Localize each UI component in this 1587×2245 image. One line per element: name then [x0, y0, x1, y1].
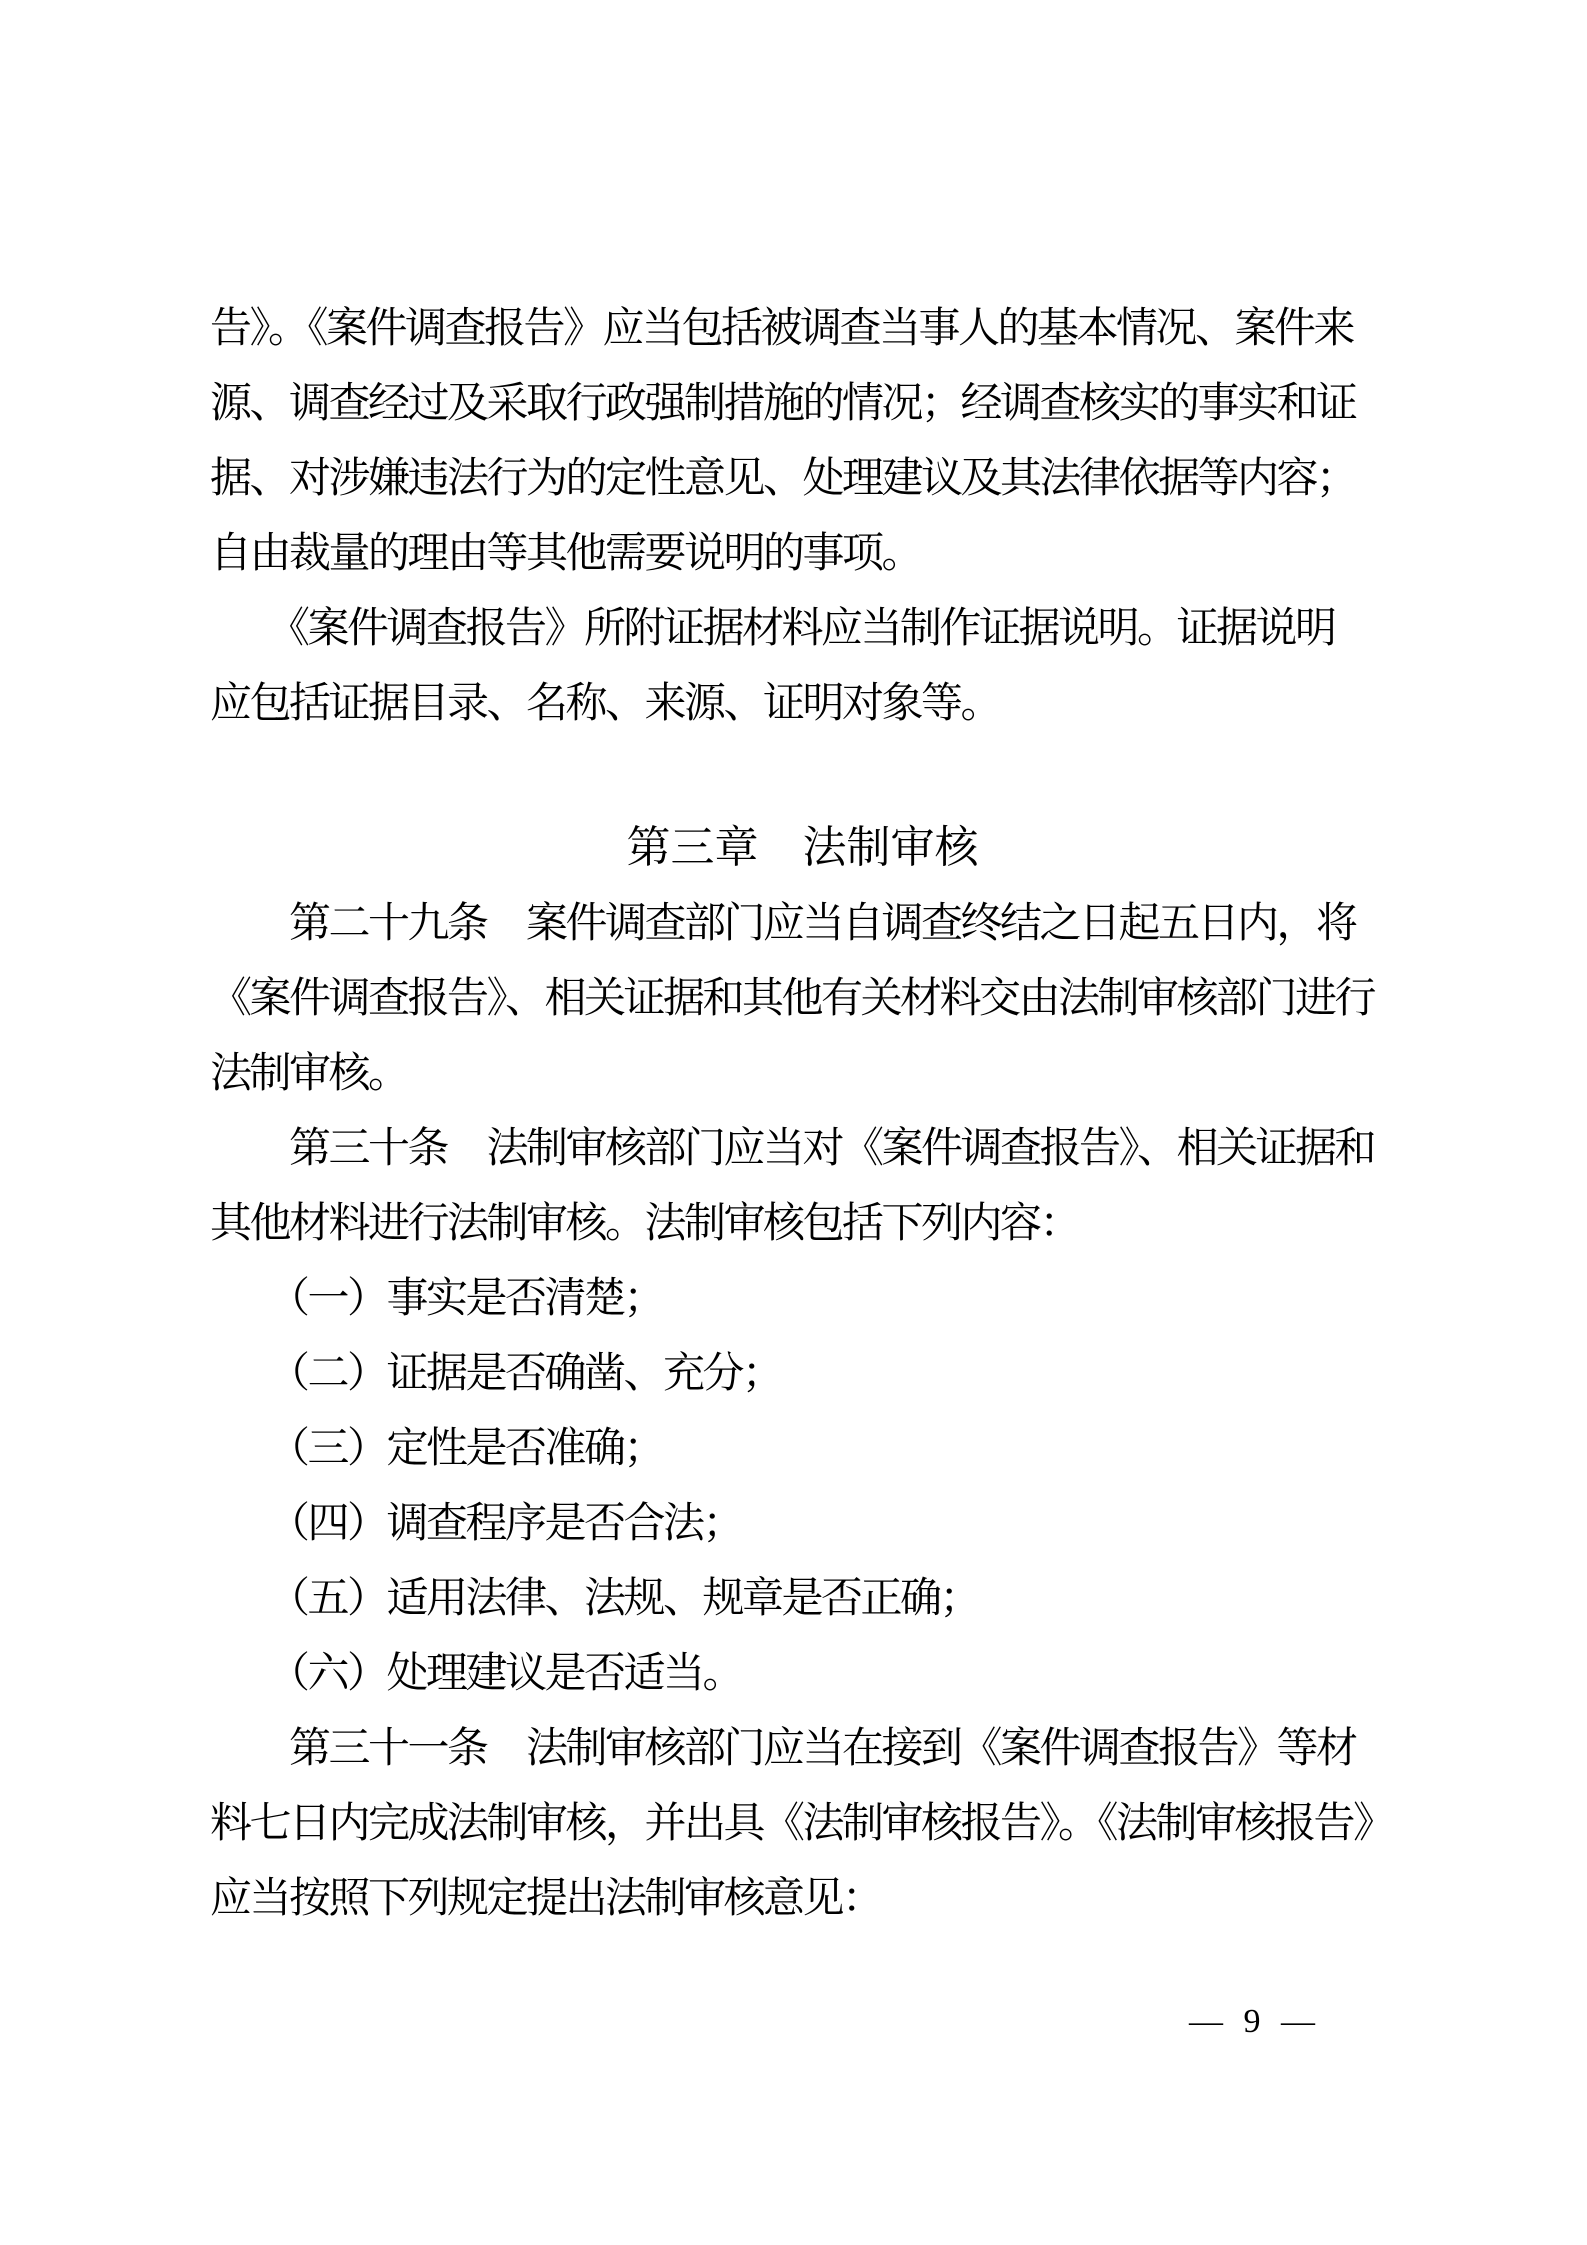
paragraph-line: 据、对涉嫌违法行为的定性意见、处理建议及其法律依据等内容； [210, 440, 1395, 515]
paragraph-line: 《案件调查报告》所附证据材料应当制作证据说明。证据说明 [210, 590, 1395, 665]
paragraph-line: 第三十条 法制审核部门应当对《案件调查报告》、相关证据和 [210, 1110, 1395, 1185]
paragraph-line: 应包括证据目录、名称、来源、证明对象等。 [210, 665, 1395, 740]
paragraph-line: 第二十九条 案件调查部门应当自调查终结之日起五日内，将 [210, 885, 1395, 960]
list-item-line: （三）定性是否准确； [210, 1410, 1395, 1485]
page-number: — 9 — [1189, 2002, 1315, 2042]
paragraph-line: 源、调查经过及采取行政强制措施的情况；经调查核实的事实和证 [210, 365, 1395, 440]
list-item-line: （四）调查程序是否合法； [210, 1485, 1395, 1560]
paragraph-line: 法制审核。 [210, 1035, 1395, 1110]
paragraph-line: 料七日内完成法制审核，并出具《法制审核报告》。《法制审核报告》 [210, 1785, 1395, 1860]
document-body: 告》。《案件调查报告》应当包括被调查当事人的基本情况、案件来源、调查经过及采取行… [210, 290, 1395, 1935]
list-item-line: （六）处理建议是否适当。 [210, 1635, 1395, 1710]
paragraph-line: 《案件调查报告》、相关证据和其他有关材料交由法制审核部门进行 [210, 960, 1395, 1035]
paragraph-line: 第三十一条 法制审核部门应当在接到《案件调查报告》等材 [210, 1710, 1395, 1785]
list-item-line: （一）事实是否清楚； [210, 1260, 1395, 1335]
paragraph-line: 告》。《案件调查报告》应当包括被调查当事人的基本情况、案件来 [210, 290, 1395, 365]
document-page: 告》。《案件调查报告》应当包括被调查当事人的基本情况、案件来源、调查经过及采取行… [0, 0, 1587, 2245]
paragraph-line: 应当按照下列规定提出法制审核意见： [210, 1860, 1395, 1935]
paragraph-line: 其他材料进行法制审核。法制审核包括下列内容： [210, 1185, 1395, 1260]
list-item-line: （二）证据是否确凿、充分； [210, 1335, 1395, 1410]
list-item-line: （五）适用法律、法规、规章是否正确； [210, 1560, 1395, 1635]
chapter-heading: 第三章 法制审核 [210, 810, 1395, 885]
paragraph-line: 自由裁量的理由等其他需要说明的事项。 [210, 515, 1395, 590]
